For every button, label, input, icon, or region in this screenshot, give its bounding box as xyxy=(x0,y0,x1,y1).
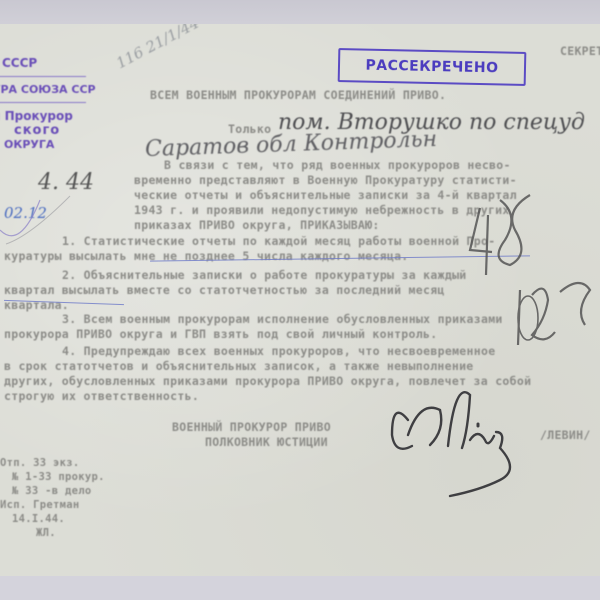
handwritten-mark-185 xyxy=(518,283,590,345)
ink-annotations xyxy=(0,24,600,576)
background-bottom xyxy=(0,572,600,600)
document-page: СССР УРА СОЮЗА ССР й Прокурор ского ОКРУ… xyxy=(0,24,600,576)
background-top xyxy=(0,0,600,26)
handwritten-mark-48 xyxy=(470,195,530,275)
signature-icon xyxy=(392,392,510,496)
